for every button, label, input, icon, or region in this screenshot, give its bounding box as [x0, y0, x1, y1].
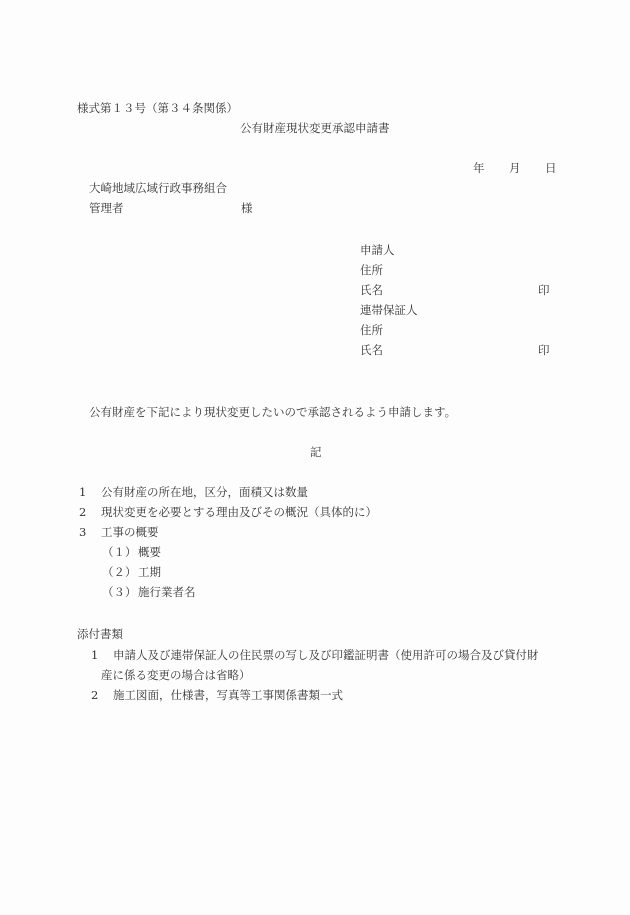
subitem-number: （２） — [102, 565, 137, 579]
attachment-number: 2 — [91, 688, 98, 702]
body-text: 公有財産を下記により現状変更したいので承認されるよう申請します。 — [89, 405, 456, 419]
applicant-address-label: 住所 — [360, 263, 383, 277]
attachment-number: 1 — [91, 648, 98, 662]
item-text: 工事の概要 — [101, 525, 159, 539]
addressee-role: 管理者 — [89, 201, 124, 215]
subitem-text: 施行業者名 — [138, 585, 196, 599]
guarantor-seal: 印 — [538, 343, 550, 357]
item-text: 現状変更を必要とする理由及びその概況（具体的に） — [101, 505, 377, 519]
form-number: 様式第１３号（第３４条関係） — [77, 101, 238, 115]
subitem-text: 工期 — [138, 565, 161, 579]
item-number: 1 — [79, 485, 86, 499]
subitem-number: （１） — [102, 545, 137, 559]
item-number: 2 — [79, 505, 86, 519]
guarantor-heading: 連帯保証人 — [360, 303, 418, 317]
applicant-seal: 印 — [538, 283, 550, 297]
date-year: 年 — [473, 161, 485, 175]
date-month: 月 — [509, 161, 521, 175]
item-text: 公有財産の所在地，区分，面積又は数量 — [101, 485, 308, 499]
attachment-text-continued: 産に係る変更の場合は省略） — [101, 668, 251, 682]
addressee-honorific: 様 — [241, 201, 253, 215]
attachment-text: 申請人及び連帯保証人の住民票の写し及び印鑑証明書（使用許可の場合及び貸付財 — [113, 648, 539, 662]
applicant-heading: 申請人 — [360, 243, 395, 257]
ki-heading: 記 — [310, 445, 322, 459]
subitem-text: 概要 — [138, 545, 161, 559]
document-title: 公有財産現状変更承認申請書 — [240, 121, 390, 135]
attachments-heading: 添付書類 — [77, 627, 123, 641]
guarantor-name-label: 氏名 — [360, 343, 383, 357]
date-day: 日 — [545, 161, 557, 175]
attachment-text: 施工図面，仕様書，写真等工事関係書類一式 — [113, 688, 343, 702]
guarantor-address-label: 住所 — [360, 323, 383, 337]
item-number: 3 — [79, 525, 86, 539]
addressee-organization: 大崎地域広域行政事務組合 — [89, 181, 227, 195]
applicant-name-label: 氏名 — [360, 283, 383, 297]
subitem-number: （３） — [102, 585, 137, 599]
